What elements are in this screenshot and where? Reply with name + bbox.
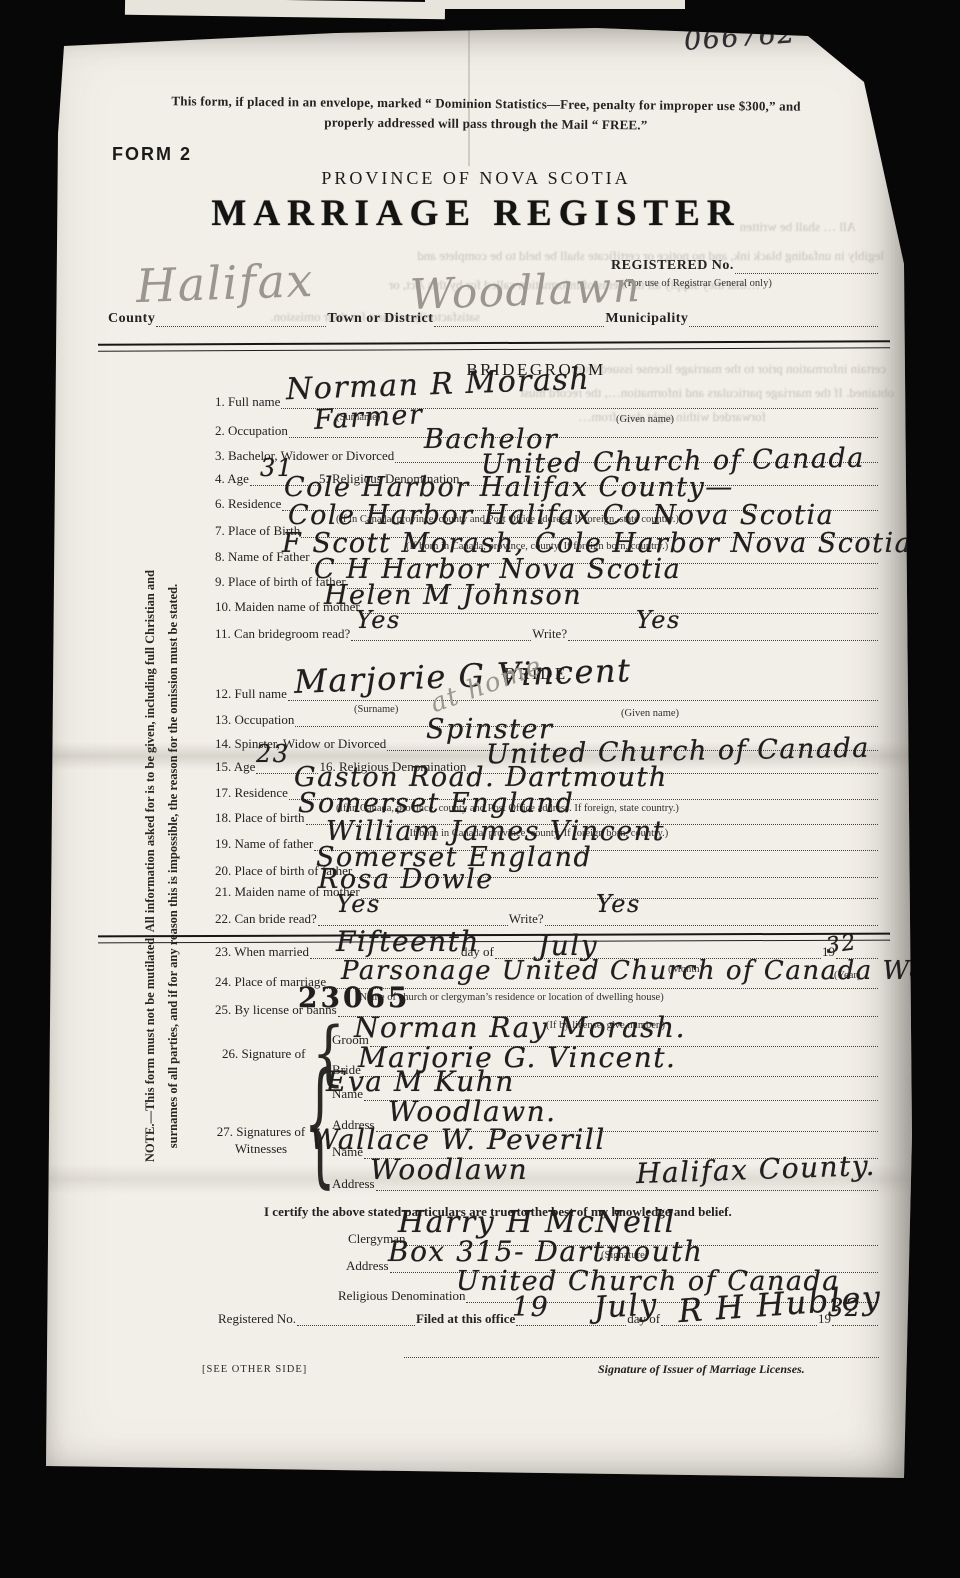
license-number-value: 23065 [298, 984, 410, 1012]
municipality-label: Municipality [605, 312, 688, 327]
province-heading: PROVINCE OF NOVA SCOTIA [176, 168, 776, 189]
bg-read-value: Yes [356, 608, 401, 632]
dotted-line [545, 923, 878, 926]
form-number: FORM 2 [112, 144, 192, 165]
witnesses-label-line1: 27. Signatures of [206, 1124, 316, 1141]
see-other-side-note: [SEE OTHER SIDE] [202, 1364, 307, 1375]
witnesses-label-line2: Witnesses [206, 1141, 316, 1158]
scanned-marriage-register-page: { "scan": { "serial": "066762", "other_s… [0, 0, 960, 1578]
town-district-value-handwritten: Woodlawn [409, 266, 642, 316]
witness1-name-value: Eva M Kuhn [326, 1068, 515, 1096]
dotted-line [434, 324, 604, 327]
br-mother-row: 21. Maiden name of mother [215, 884, 879, 899]
dotted-line [288, 698, 878, 701]
registered-no-note: (For use of Registrar General only) [624, 278, 772, 289]
dotted-line [361, 611, 878, 614]
filed-month-value: July [593, 1290, 658, 1323]
mail-notice: This form, if placed in an envelope, mar… [156, 91, 816, 136]
br-mother-value: Rosa Dowle [318, 866, 494, 893]
br-read-value: Yes [336, 892, 381, 916]
br-fullname-label: 12. Full name [215, 687, 287, 701]
witnesses-label: 27. Signatures of Witnesses [206, 1124, 316, 1158]
br-residence-value: Gaston Road. Dartmouth [294, 764, 668, 791]
filed-at-office-label: Filed at this office [416, 1312, 515, 1326]
clergyman-address-value: Box 315- Dartmouth [388, 1238, 703, 1266]
bg-occupation-label: 2. Occupation [215, 424, 288, 438]
address-label: Address [346, 1259, 389, 1273]
bg-residence-label: 6. Residence [215, 497, 281, 511]
dotted-line [568, 638, 878, 641]
bg-status-label: 3. Bachelor, Widower or Divorced [215, 449, 394, 463]
witness2-address-value-town: Woodlawn [370, 1156, 528, 1184]
br-write-label: Write? [509, 912, 544, 926]
witness2-name-value: Wallace W. Peverill [310, 1126, 606, 1154]
dotted-line [351, 638, 531, 641]
page-title: MARRIAGE REGISTER [146, 192, 806, 235]
bg-father-value: F Scott Morash, Cole Harbor Nova Scotia [282, 530, 912, 557]
br-read-write-row: 22. Can bride read? Write? [215, 911, 879, 926]
section-divider-rule [98, 340, 890, 351]
dotted-line [295, 724, 878, 727]
br-residence-label: 17. Residence [215, 786, 288, 800]
page-behind-sliver-right [425, 0, 685, 9]
dotted-line [376, 1188, 878, 1191]
margin-note: NOTE.—This form must not be mutilated. A… [139, 546, 187, 1186]
witness2-address-value-county: Halifax County. [636, 1152, 877, 1188]
when-married-day-value: Fifteenth [336, 928, 480, 956]
address-label: Address [332, 1177, 375, 1191]
bg-age-label: 4. Age [215, 472, 249, 486]
br-birthplace-value: Somerset England [298, 790, 574, 817]
clergyman-signature-value: Harry H McNeill [398, 1208, 676, 1238]
religious-denomination-label: Religious Denomination [338, 1289, 465, 1303]
br-age-value: 23 [256, 742, 290, 766]
groom-signature-value: Norman Ray Morash. [354, 1014, 686, 1042]
br-father-value: William James Vincent [326, 818, 665, 845]
county-label: County [108, 312, 155, 327]
br-age-label: 15. Age [215, 760, 255, 774]
margin-note-line2: surnames of all parties, and if for any … [162, 546, 185, 1186]
dotted-line [289, 435, 878, 438]
bg-write-value: Yes [636, 608, 681, 632]
page-behind-sliver-left [125, 0, 445, 19]
section-divider-rule [98, 933, 890, 944]
br-occupation-label: 13. Occupation [215, 713, 294, 727]
serial-number-handwritten: 066762 [683, 20, 797, 55]
registered-no-bottom-label: Registered No. [218, 1312, 296, 1326]
br-father-label: 19. Name of father [215, 837, 313, 851]
br-write-value: Yes [596, 892, 641, 916]
br-status-label: 14. Spinster, Widow or Divorced [215, 737, 386, 751]
signature-of-label: 26. Signature of [222, 1046, 305, 1062]
dotted-line [832, 1323, 878, 1326]
bg-write-label: Write? [532, 627, 567, 641]
when-married-label: 23. When married [215, 945, 309, 959]
dotted-line [689, 324, 878, 327]
issuer-signature-note: Signature of Issuer of Marriage Licenses… [598, 1362, 805, 1377]
filed-day-value: 19 [512, 1294, 549, 1321]
dotted-line [735, 271, 878, 274]
bg-residence-value: Cole Harbor Halifax County— [284, 474, 734, 501]
issuer-signature-line [404, 1355, 879, 1358]
br-birthplace-label: 18. Place of birth [215, 811, 305, 825]
witness1-address-value: Woodlawn. [388, 1098, 557, 1126]
bg-mother-value: Helen M Johnson [324, 582, 582, 609]
bg-fullname-label: 1. Full name [215, 395, 280, 409]
bg-birthplace-value: Cole Harbor Halifax Co Nova Scotia [288, 502, 834, 529]
bg-read-label: 11. Can bridegroom read? [215, 627, 350, 641]
form-paper: All … shall be written legibly in unfadi… [36, 16, 912, 1488]
br-read-label: 22. Can bride read? [215, 912, 317, 926]
place-of-marriage-value: Parsonage United Church of Canada Woodla… [341, 958, 960, 984]
when-married-year-value: 32 [825, 932, 859, 958]
margin-note-line1: NOTE.—This form must not be mutilated. A… [139, 546, 162, 1186]
bg-read-write-row: 11. Can bridegroom read? Write? [215, 626, 879, 641]
bg-father-birthplace-value: C H Harbor Nova Scotia [314, 556, 681, 583]
dotted-line [297, 1323, 415, 1326]
vertical-crease [468, 16, 470, 166]
registered-no-row: REGISTERED No. [611, 259, 879, 274]
dotted-line [156, 324, 326, 327]
bg-occupation-value: Farmer [313, 401, 424, 434]
county-value-handwritten: Halifax [135, 257, 314, 309]
